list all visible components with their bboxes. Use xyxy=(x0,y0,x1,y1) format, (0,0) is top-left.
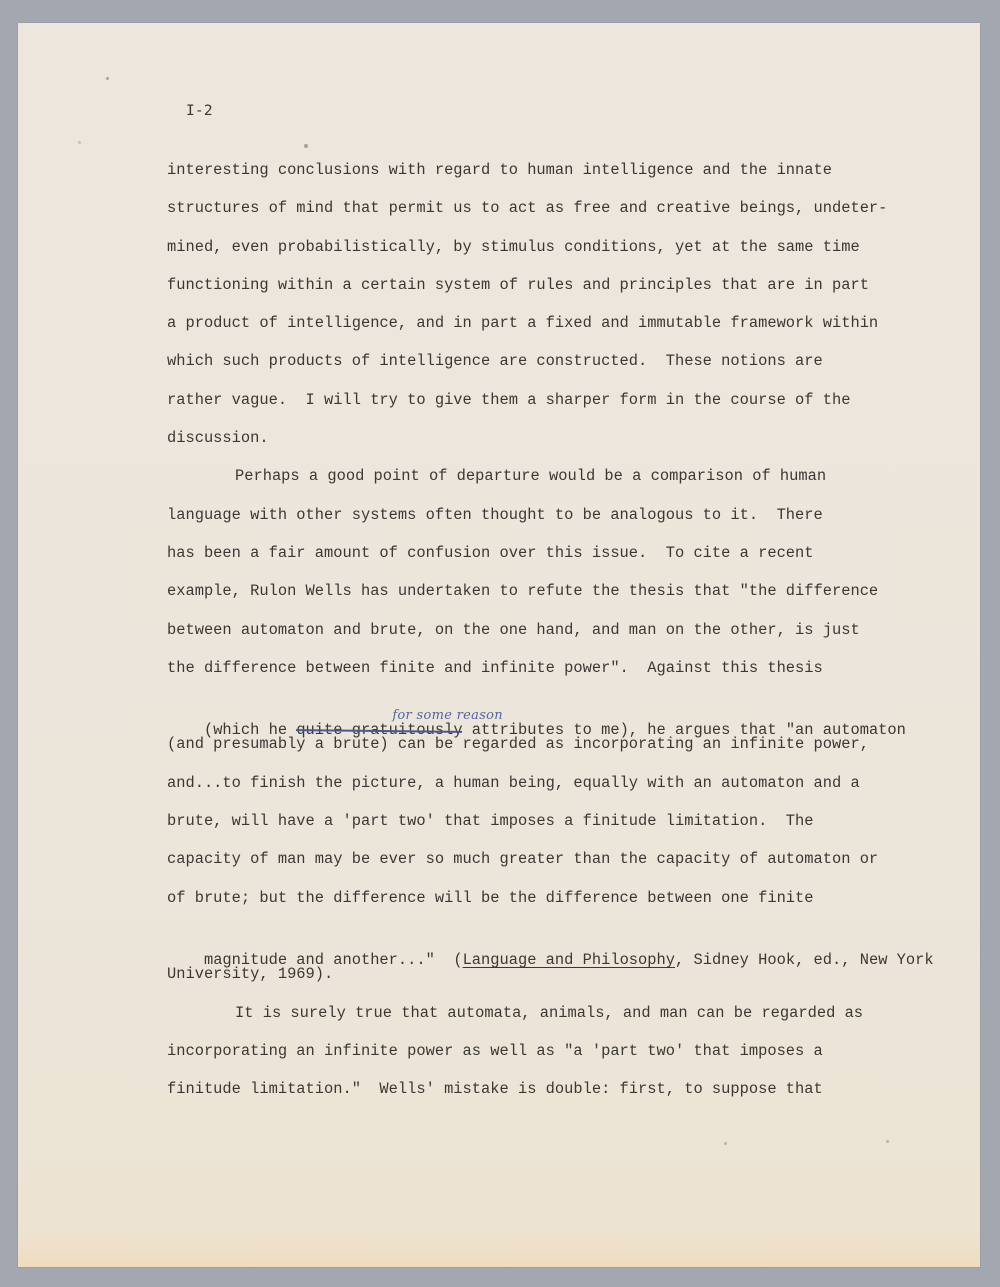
text-line: Perhaps a good point of departure would … xyxy=(167,464,947,502)
paper-speck xyxy=(724,1142,727,1145)
annotated-line: (which he quite gratuitouslyfor some rea… xyxy=(167,694,947,732)
text-line: capacity of man may be ever so much grea… xyxy=(167,847,947,885)
text-line: mined, even probabilistically, by stimul… xyxy=(167,235,947,273)
text-line: has been a fair amount of confusion over… xyxy=(167,541,947,579)
text-line: interesting conclusions with regard to h… xyxy=(167,158,947,196)
text-line: discussion. xyxy=(167,426,947,464)
text-line: (and presumably a brute) can be regarded… xyxy=(167,732,947,770)
paper-speck xyxy=(78,141,81,144)
paper-speck xyxy=(106,77,109,80)
page-number: I-2 xyxy=(186,103,213,119)
text-line: It is surely true that automata, animals… xyxy=(167,1001,947,1039)
text-line: structures of mind that permit us to act… xyxy=(167,196,947,234)
paper-speck xyxy=(886,1140,889,1143)
text-line: of brute; but the difference will be the… xyxy=(167,886,947,924)
text-line: language with other systems often though… xyxy=(167,503,947,541)
text-line: incorporating an infinite power as well … xyxy=(167,1039,947,1077)
text-line: the difference between finite and infini… xyxy=(167,656,947,694)
text-line: which such products of intelligence are … xyxy=(167,349,947,387)
text-line: between automaton and brute, on the one … xyxy=(167,618,947,656)
text-line: University, 1969). xyxy=(167,962,947,1000)
text-line: example, Rulon Wells has undertaken to r… xyxy=(167,579,947,617)
paper-speck xyxy=(304,144,308,148)
text-line: and...to finish the picture, a human bei… xyxy=(167,771,947,809)
handwritten-insertion: for some reason xyxy=(392,704,503,728)
text-line: finitude limitation." Wells' mistake is … xyxy=(167,1077,947,1115)
text-line: functioning within a certain system of r… xyxy=(167,273,947,311)
paragraph-lines-end: University, 1969).It is surely true that… xyxy=(167,962,947,1115)
citation-line: magnitude and another..." (Language and … xyxy=(167,924,947,962)
paragraph-lines-top: interesting conclusions with regard to h… xyxy=(167,158,947,694)
body-text: interesting conclusions with regard to h… xyxy=(167,158,947,1115)
text-line: brute, will have a 'part two' that impos… xyxy=(167,809,947,847)
text-line: rather vague. I will try to give them a … xyxy=(167,388,947,426)
text-line: a product of intelligence, and in part a… xyxy=(167,311,947,349)
paragraph-lines-middle: (and presumably a brute) can be regarded… xyxy=(167,732,947,923)
